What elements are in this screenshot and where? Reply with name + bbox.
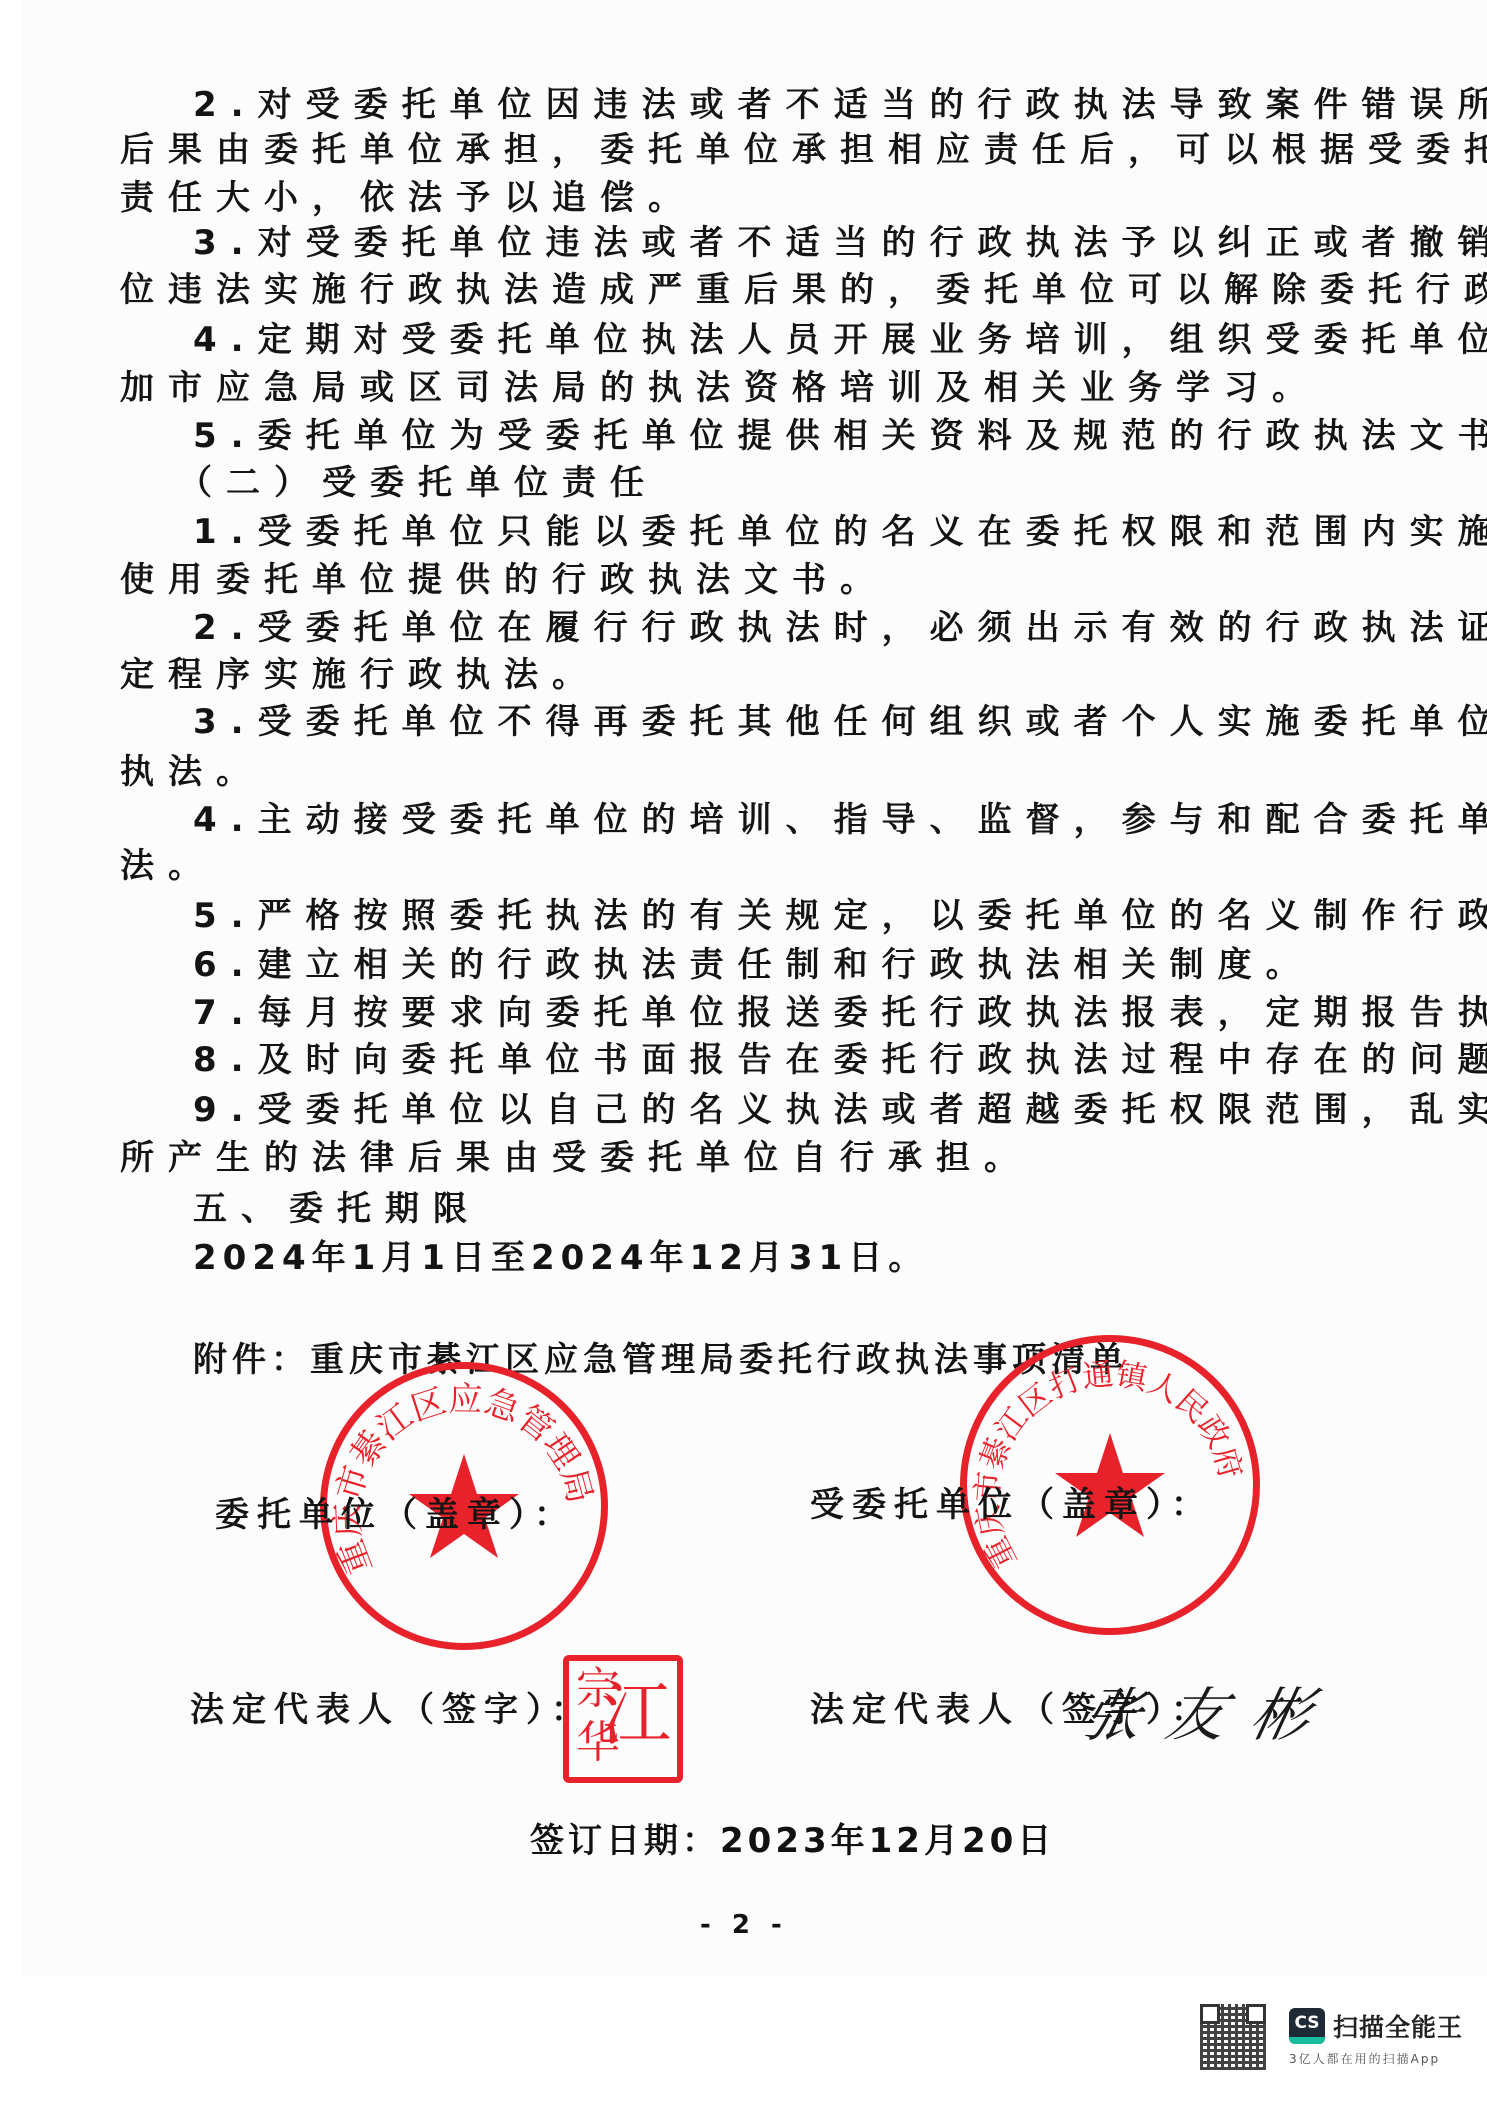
delegator-representative-label: 法定代表人（签字）： (190, 1690, 593, 1730)
text-line: 执法。 (120, 752, 264, 792)
section-heading: （二）受委托单位责任 (178, 463, 658, 503)
scanner-tagline: 3亿人都在用的扫描App (1289, 2050, 1440, 2067)
text-line: 责任大小，依法予以追偿。 (120, 178, 696, 218)
text-line: 2.对受委托单位因违法或者不适当的行政执法导致案件错误所产生的法律 (193, 85, 1487, 125)
text-line: 4.定期对受委托单位执法人员开展业务培训，组织受委托单位执法人员参 (193, 320, 1487, 360)
section-heading: 五、委托期限 (193, 1189, 481, 1229)
text-line: 加市应急局或区司法局的执法资格培训及相关业务学习。 (120, 368, 1320, 408)
qr-code-icon (1200, 2004, 1266, 2070)
camscanner-logo-icon: CS (1289, 2008, 1325, 2044)
text-line: 1.受委托单位只能以委托单位的名义在委托权限和范围内实施行政执法， (193, 512, 1487, 552)
scanner-watermark-badge: CS 扫描全能王 3亿人都在用的扫描App (1190, 2000, 1480, 2072)
scanner-app-name: 扫描全能王 (1333, 2008, 1463, 2044)
text-line: 使用委托单位提供的行政执法文书。 (120, 560, 888, 600)
text-line: 8.及时向委托单位书面报告在委托行政执法过程中存在的问题。 (193, 1040, 1487, 1080)
text-line: 5.严格按照委托执法的有关规定，以委托单位的名义制作行政执法文书。 (193, 896, 1487, 936)
text-line: 7.每月按要求向委托单位报送委托行政执法报表，定期报告执法情况。 (193, 993, 1487, 1033)
page-number: - 2 - (700, 1910, 788, 1940)
delegatee-seal-label: 受委托单位（盖章）： (810, 1485, 1213, 1525)
text-line: 5.委托单位为受委托单位提供相关资料及规范的行政执法文书、表格。 (193, 416, 1487, 456)
text-line: 4.主动接受委托单位的培训、指导、监督，参与和配合委托单位的行政执 (193, 800, 1487, 840)
text-line: 3.对受委托单位违法或者不适当的行政执法予以纠正或者撤销；受委托单 (193, 223, 1487, 263)
delegator-seal-label: 委托单位（盖章）： (215, 1495, 576, 1535)
text-line: 3.受委托单位不得再委托其他任何组织或者个人实施委托单位委托的行政 (193, 702, 1487, 742)
text-line: 9.受委托单位以自己的名义执法或者超越委托权限范围，乱实施行政处罚 (193, 1090, 1487, 1130)
text-line: 后果由委托单位承担，委托单位承担相应责任后，可以根据受委托单位的过错 (120, 130, 1487, 170)
text-line: 所产生的法律后果由受委托单位自行承担。 (120, 1138, 1032, 1178)
text-line: 2.受委托单位在履行行政执法时，必须出示有效的行政执法证件，并按法 (193, 608, 1487, 648)
delegatee-representative-label: 法定代表人（签字）： (810, 1690, 1213, 1730)
text-line: 法。 (120, 846, 216, 886)
text-line: 位违法实施行政执法造成严重后果的，委托单位可以解除委托行政执法协议。 (120, 270, 1487, 310)
text-line: 定程序实施行政执法。 (120, 655, 600, 695)
signing-date: 签订日期：2023年12月20日 (530, 1813, 1055, 1862)
term-period: 2024年1月1日至2024年12月31日。 (193, 1238, 928, 1278)
text-line: 6.建立相关的行政执法责任制和行政执法相关制度。 (193, 945, 1314, 985)
